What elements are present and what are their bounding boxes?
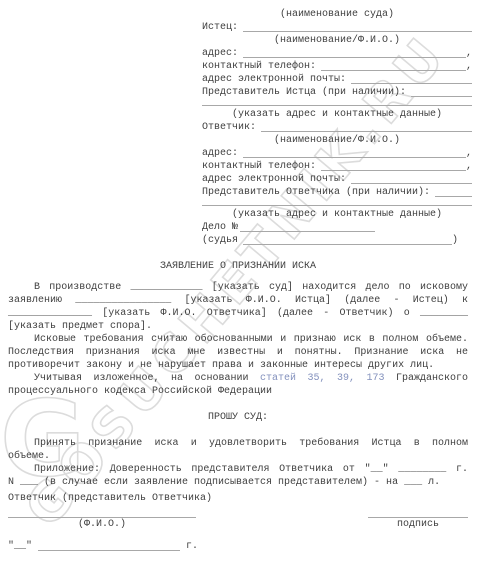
defendant-name-caption: (наименование/Ф.И.О.): [274, 134, 400, 147]
defendant-contact-line-row: [202, 199, 472, 208]
statute-link[interactable]: статей 35, 39, 173: [260, 373, 384, 384]
judge-paren-close: ): [452, 234, 458, 247]
plaintiff-name-caption: (наименование/Ф.И.О.): [274, 34, 400, 47]
fio-caption: (Ф.И.О.): [8, 518, 196, 531]
defendant-address-label: адрес:: [202, 147, 238, 160]
defendant-label: Ответчик:: [202, 121, 256, 134]
plaintiff-contact-blank: [202, 99, 472, 106]
body-line: заявлению ________________ [указать Ф.И.…: [8, 294, 468, 307]
plaintiff-email-blank: [351, 73, 472, 84]
plaintiff-address-blank: [243, 47, 466, 58]
case-number-row: Дело №: [202, 221, 472, 234]
signature-spacer: [196, 518, 368, 531]
body-line: В производстве ____________ [указать суд…: [8, 281, 468, 294]
comma: ,: [466, 147, 472, 160]
body-line: объеме.: [8, 450, 468, 463]
defendant-phone-row: контактный телефон: ,: [202, 160, 472, 173]
judge-name-blank: [243, 234, 452, 245]
body-line: Последствия признания иска мне известны …: [8, 346, 468, 359]
defendant-contact-blank: [202, 199, 472, 206]
defendant-rep-blank: [435, 186, 472, 197]
signature-lines-row: [8, 509, 468, 518]
plaintiff-rep-blank: [411, 86, 472, 97]
plaintiff-name-row: Истец:: [202, 21, 472, 34]
signature-caption: подпись: [368, 518, 468, 531]
year-suffix: г.: [186, 540, 198, 553]
date-quotes: "__": [8, 540, 32, 553]
court-caption-row: (наименование суда): [202, 8, 472, 21]
case-number-label: Дело №: [202, 221, 238, 234]
signature-captions-row: (Ф.И.О.) подпись: [8, 518, 468, 531]
plaintiff-email-row: адрес электронной почты:: [202, 73, 472, 86]
plaintiff-phone-row: контактный телефон: ,: [202, 60, 472, 73]
signatory-label: Ответчик (представитель Ответчика): [8, 492, 468, 505]
plaintiff-contact-line-row: [202, 99, 472, 108]
court-name-caption: (наименование суда): [280, 8, 394, 21]
plaintiff-phone-blank: [321, 60, 466, 71]
case-number-blank: [240, 221, 375, 232]
defendant-address-row: адрес: ,: [202, 147, 472, 160]
plaintiff-label: Истец:: [202, 21, 238, 34]
request-heading: ПРОШУ СУД:: [8, 411, 468, 424]
defendant-rep-row: Представитель Ответчика (при наличии):: [202, 186, 472, 199]
body-line: процессуального кодекса Российской Федер…: [8, 385, 468, 398]
defendant-contact-caption-row: (указать адрес и контактные данные): [202, 208, 472, 221]
signature-sign-line: [368, 509, 468, 518]
plaintiff-rep-label: Представитель Истца (при наличии):: [202, 86, 406, 99]
plaintiff-name-blank: [243, 21, 472, 32]
defendant-name-row: Ответчик:: [202, 121, 472, 134]
comma: ,: [466, 47, 472, 60]
plaintiff-address-label: адрес:: [202, 47, 238, 60]
defendant-name-blank: [261, 121, 472, 132]
signature-block: Ответчик (представитель Ответчика) (Ф.И.…: [8, 492, 468, 553]
body-line: Исковые требования считаю обоснованными …: [8, 333, 468, 346]
body-line: Приложение: Доверенность представителя О…: [8, 463, 468, 476]
body-line: [указать предмет спора].: [8, 320, 468, 333]
body-line: N ___ (в случае если заявление подписыва…: [8, 476, 468, 489]
body-text-segment: Учитывая изложенное, на основании: [34, 373, 249, 384]
defendant-name-caption-row: (наименование/Ф.И.О.): [202, 134, 472, 147]
court-header-block: (наименование суда) Истец: (наименование…: [202, 8, 472, 247]
comma: ,: [466, 160, 472, 173]
body-line: ______________ [указать Ф.И.О. Ответчика…: [8, 307, 468, 320]
plaintiff-name-caption-row: (наименование/Ф.И.О.): [202, 34, 472, 47]
plaintiff-contact-caption-row: (указать адрес и контактные данные): [202, 108, 472, 121]
defendant-rep-label: Представитель Ответчика (при наличии):: [202, 186, 430, 199]
document-title: ЗАЯВЛЕНИЕ О ПРИЗНАНИИ ИСКА: [8, 260, 468, 273]
date-blank: [38, 540, 180, 551]
document-body: ЗАЯВЛЕНИЕ О ПРИЗНАНИИ ИСКА В производств…: [8, 260, 468, 489]
plaintiff-address-row: адрес: ,: [202, 47, 472, 60]
date-row: "__" г.: [8, 540, 468, 553]
signature-name-line: [8, 509, 196, 518]
signature-spacer: [196, 509, 368, 518]
defendant-email-row: адрес электронной почты:: [202, 173, 472, 186]
defendant-phone-blank: [321, 160, 466, 171]
judge-label: (судья: [202, 234, 238, 247]
defendant-phone-label: контактный телефон:: [202, 160, 316, 173]
body-text-segment: Гражданского: [396, 373, 468, 384]
comma: ,: [466, 60, 472, 73]
body-line: Принять признание иска и удовлетворить т…: [8, 437, 468, 450]
body-line-with-link: Учитывая изложенное, на основании статей…: [8, 372, 468, 385]
defendant-email-blank: [351, 173, 472, 184]
judge-row: (судья ): [202, 234, 458, 247]
defendant-address-blank: [243, 147, 466, 158]
plaintiff-phone-label: контактный телефон:: [202, 60, 316, 73]
plaintiff-email-label: адрес электронной почты:: [202, 73, 346, 86]
plaintiff-rep-row: Представитель Истца (при наличии):: [202, 86, 472, 99]
body-line: противоречит закону и не нарушает права …: [8, 359, 468, 372]
plaintiff-contact-caption: (указать адрес и контактные данные): [232, 108, 442, 121]
defendant-contact-caption: (указать адрес и контактные данные): [232, 208, 442, 221]
defendant-email-label: адрес электронной почты:: [202, 173, 346, 186]
document-page: { "colors": { "text": "#3f3f3f", "underl…: [0, 0, 500, 568]
